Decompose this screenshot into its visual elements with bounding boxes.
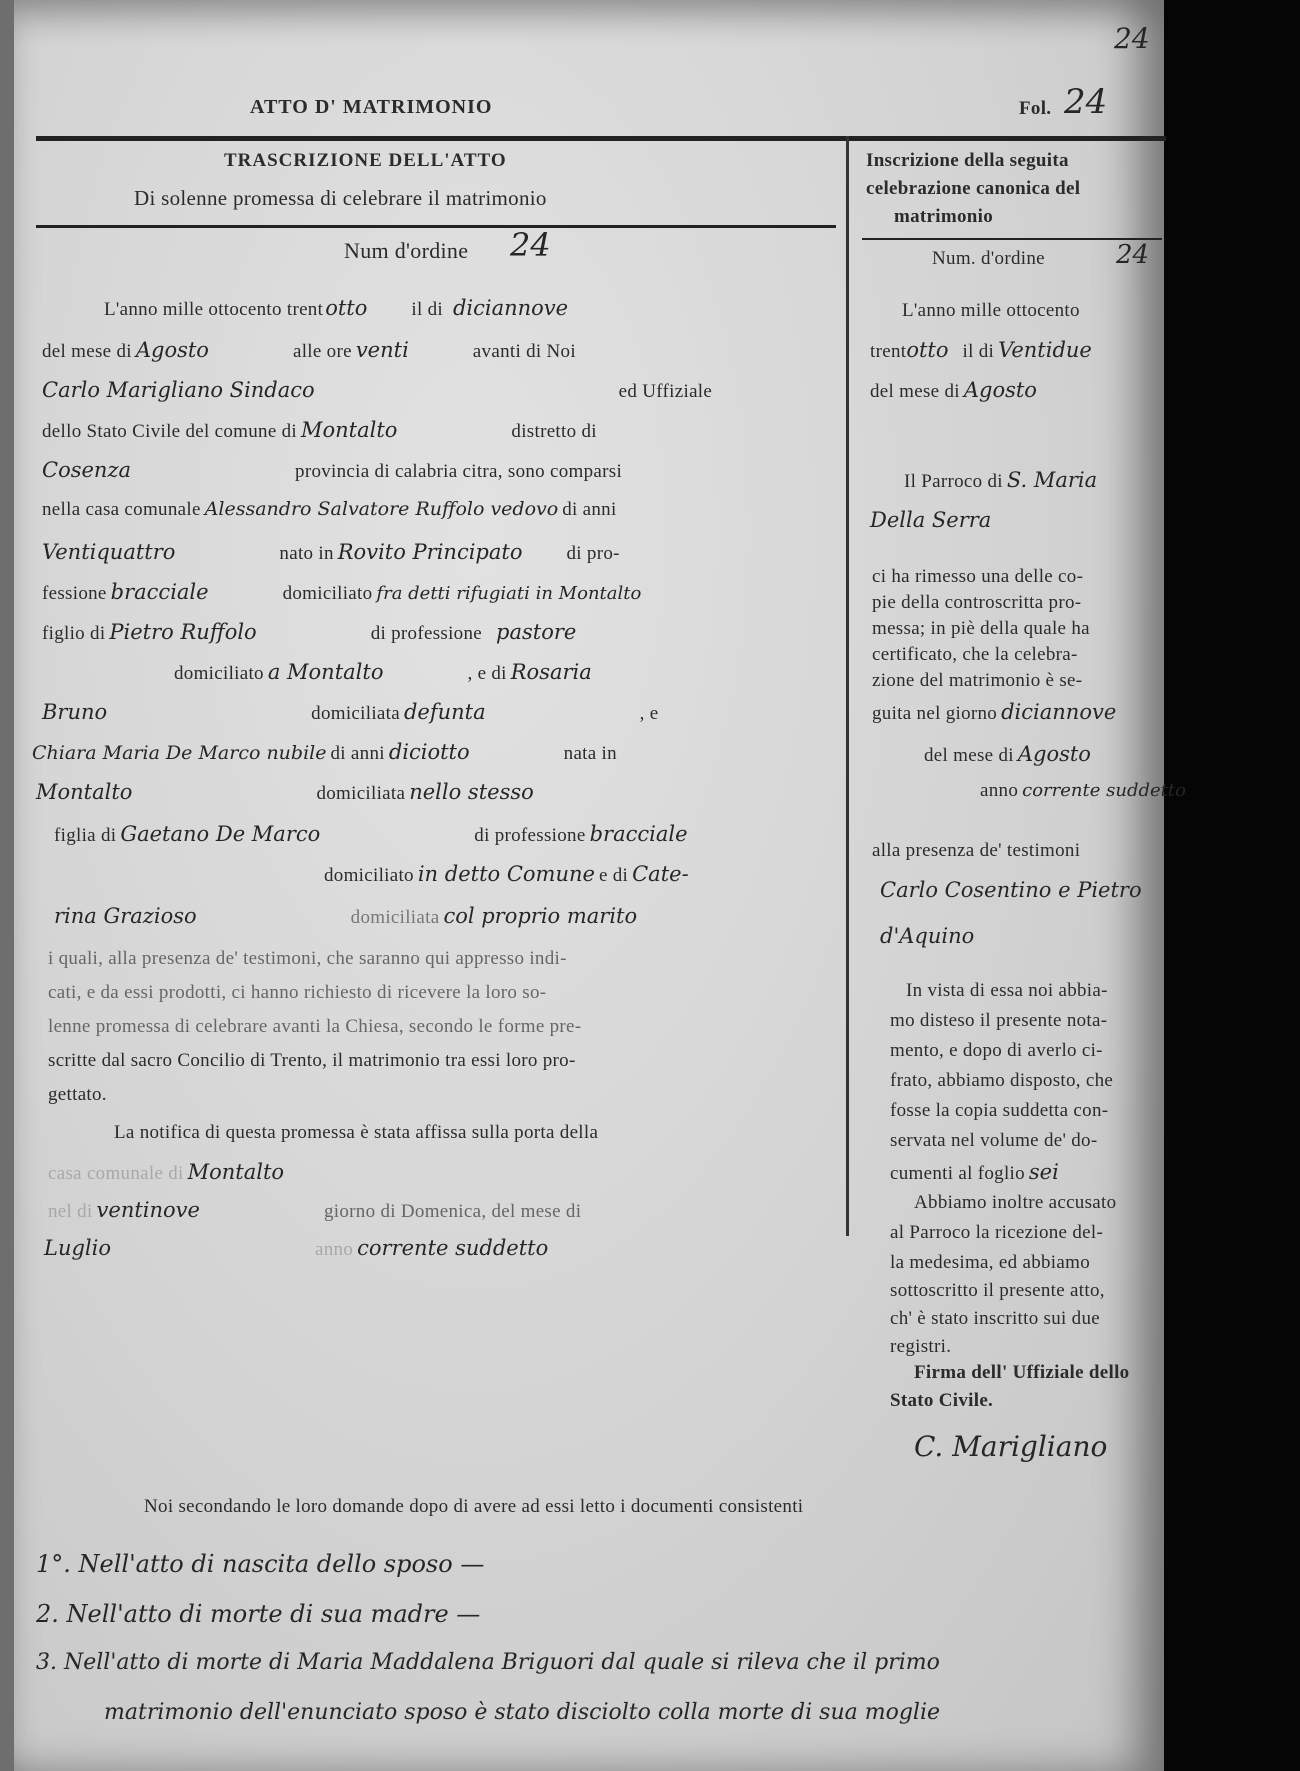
form-line-hand: col proprio marito [443,904,637,928]
form-line-hand: otto [325,296,367,320]
form-line: nella casa comunale Alessandro Salvatore… [42,498,617,521]
right-title-line: Inscrizione della seguita [866,150,1069,172]
paragraph-line: i quali, alla presenza de' testimoni, ch… [48,948,567,970]
form-line: fessione bracciale domiciliato fra detti… [42,580,641,605]
parroco-label: Il Parroco di [904,471,1003,492]
form-line-hand: rina Grazioso [54,904,197,928]
closing-line: mento, e dopo di averlo ci- [890,1040,1103,1062]
header-rule [36,136,1166,141]
form-line-hand: Agosto [136,338,209,362]
form-line-print: avanti di Noi [473,341,576,362]
form-line-hand: Ventiquattro [42,540,175,564]
closing-line: fosse la copia suddetta con- [890,1100,1108,1122]
form-line-print: figlio di [42,623,105,644]
form-line-print: di professione [371,623,482,644]
form-line-print: figlia di [54,825,116,846]
form-line-hand: Rosaria [511,660,592,684]
form-line-print: domiciliato [283,583,373,604]
form-line: domiciliato in detto Comune e di Cate- [74,862,689,887]
form-line-print: del mese di [42,341,132,362]
closing-line: registri. [890,1336,951,1358]
notice-line: La notifica di questa promessa è stata a… [114,1122,598,1144]
closing-line: Abbiamo inoltre accusato [914,1192,1116,1214]
right-title-line: matrimonio [894,206,993,228]
closing-line: servata nel volume de' do- [890,1130,1098,1152]
document-item: matrimonio dell'enunciato sposo è stato … [104,1700,940,1725]
form-line-print: domiciliato [174,663,264,684]
form-line-print: domiciliata [351,907,440,928]
year-label: anno [980,780,1018,801]
order-number: 24 [510,226,551,264]
right-order-number: 24 [1116,240,1149,270]
year-hand: corrente suddetto [1022,780,1186,801]
form-line-hand: defunta [404,700,486,724]
form-line: rina Grazioso domiciliata col proprio ma… [54,904,637,929]
closing-line: mo disteso il presente nota- [890,1010,1107,1032]
form-line-print: L'anno mille ottocento trent [104,299,323,320]
right-form-line: del mese di Agosto [870,378,1037,403]
closing-print: cumenti al foglio [890,1163,1025,1184]
signature-label-2: Stato Civile. [890,1390,993,1412]
form-line-hand: fra detti rifugiati in Montalto [376,583,641,604]
closing-line: ch' è stato inscritto sui due [890,1308,1100,1330]
form-line-hand: Bruno [42,700,107,724]
form-line-print: il di [411,299,443,320]
form-line: del mese di Agosto alle ore venti avanti… [42,338,576,363]
right-print: del mese di [870,381,960,402]
month-hand: Agosto [1018,742,1091,766]
witnesses-hand-2: d'Aquino [880,924,974,948]
form-line-print: dello Stato Civile del comune di [42,421,297,442]
order-label: Num d'ordine [344,238,468,264]
notice-print: giorno di Domenica, del mese di [324,1201,581,1222]
form-line-hand: Gaetano De Marco [120,822,320,846]
form-line-hand: Montalto [36,780,132,804]
parroco-hand: S. Maria [1007,468,1097,492]
right-title-line: celebrazione canonica del [866,178,1080,200]
folio-number: 24 [1064,82,1107,122]
witnesses-hand: Carlo Cosentino e Pietro [880,878,1142,902]
form-line: L'anno mille ottocento trentotto il di d… [104,296,568,321]
notice-hand: ventinove [97,1198,200,1222]
form-line-hand: Chiara Maria De Marco nubile [32,742,326,764]
form-line-hand: Cosenza [42,458,131,482]
paragraph-line: lenne promessa di celebrare avanti la Ch… [48,1016,581,1038]
certificate-line: certificato, che la celebra- [872,644,1078,666]
right-form-line: L'anno mille ottocento [902,300,1080,322]
form-line-print: domiciliato [324,865,414,886]
notice-hand: corrente suddetto [357,1236,548,1260]
section-subtitle: Di solenne promessa di celebrare il matr… [134,186,547,211]
form-line-print: domiciliata [316,783,405,804]
form-line-print: , e di [467,663,506,684]
form-line-hand: Cate- [632,862,689,886]
form-line: figlia di Gaetano De Marco di profession… [54,822,688,847]
certificate-print: guita nel giorno [872,703,997,724]
form-line-hand: nello stesso [409,780,534,804]
closing-line: cumenti al foglio sei [890,1160,1059,1185]
closing-line: al Parroco la ricezione del- [890,1222,1103,1244]
column-divider [846,136,849,1236]
form-line-print: distretto di [511,421,596,442]
form-line-print: di anni [562,499,616,520]
parroco-line: Il Parroco di S. Maria [904,468,1097,493]
signature-label: Firma dell' Uffiziale dello [914,1362,1129,1384]
certificate-line: zione del matrimonio è se- [872,670,1082,692]
right-form-line: trentotto il di Ventidue [870,338,1092,363]
form-line-print: alle ore [293,341,352,362]
folio-hand: sei [1029,1160,1059,1184]
form-line-print: di pro- [566,543,619,564]
notice-hand: Luglio [44,1236,111,1260]
form-line: Bruno domiciliata defunta , e [42,700,658,725]
form-line-print: nella casa comunale [42,499,201,520]
folio-label: Fol. [1019,98,1051,120]
right-hand: Agosto [964,378,1037,402]
certificate-day-hand: diciannove [1001,700,1116,724]
certificate-line: pie della controscritta pro- [872,592,1081,614]
form-line-hand: Carlo Marigliano Sindaco [42,378,315,402]
closing-line: frato, abbiamo disposto, che [890,1070,1113,1092]
form-line-hand: Montalto [301,418,397,442]
right-print: trent [870,341,906,362]
right-hand: otto [906,338,948,362]
form-line-print: di professione [474,825,585,846]
section-title: TRASCRIZIONE DELL'ATTO [224,150,507,172]
notice-print: nel di [48,1201,93,1222]
form-line-hand: in detto Comune [418,862,595,886]
form-line: Chiara Maria De Marco nubile di anni dic… [32,740,617,765]
month-label: del mese di [924,745,1014,766]
form-line-print: provincia di calabria citra, sono compar… [295,461,622,482]
form-line: domiciliato a Montalto , e di Rosaria [74,660,592,685]
paragraph-line: scritte dal sacro Concilio di Trento, il… [48,1050,576,1072]
notice-print: anno [315,1239,353,1260]
document-item: 3. Nell'atto di morte di Maria Maddalena… [36,1650,940,1675]
right-order-label: Num. d'ordine [932,248,1045,270]
form-line-hand: diciannove [453,296,568,320]
closing-line: sottoscritto il presente atto, [890,1280,1105,1302]
form-line: Carlo Marigliano Sindaco ed Uffiziale [42,378,712,403]
form-line-print: nata in [564,743,617,764]
form-line-print: ed Uffiziale [619,381,712,402]
paragraph-line: gettato. [48,1084,107,1106]
closing-line: la medesima, ed abbiamo [890,1252,1090,1274]
form-line-hand: pastore [496,620,576,644]
form-line-print: di anni [330,743,384,764]
form-line-hand: Rovito Principato [338,540,523,564]
corner-number: 24 [1114,22,1150,55]
year-line: anno corrente suddetto [980,780,1186,802]
notice-line: nel di ventinove giorno di Domenica, del… [48,1198,581,1223]
notice-line: casa comunale di Montalto [48,1160,284,1185]
notice-hand: Montalto [188,1160,284,1184]
certificate-line: messa; in piè della quale ha [872,618,1090,640]
form-line-hand: Alessandro Salvatore Ruffolo vedovo [205,498,559,520]
form-line-hand: diciotto [389,740,470,764]
document-item: 2. Nell'atto di morte di sua madre — [36,1600,480,1628]
notice-line: Luglio anno corrente suddetto [44,1236,548,1261]
form-line: figlio di Pietro Ruffolo di professione … [42,620,576,645]
form-line-print: fessione [42,583,107,604]
form-line-print: , e [640,703,659,724]
form-line-hand: Pietro Ruffolo [109,620,256,644]
parroco-hand-2: Della Serra [870,508,991,532]
bottom-intro: Noi secondando le loro domande dopo di a… [144,1496,803,1518]
document-page: 24 ATTO D' MATRIMONIO Fol. 24 TRASCRIZIO… [14,0,1164,1771]
form-line-print: nato in [279,543,333,564]
closing-line: In vista di essa noi abbia- [906,980,1108,1002]
subtitle-rule [36,225,836,228]
form-line-hand: bracciale [111,580,209,604]
form-line: Ventiquattro nato in Rovito Principato d… [42,540,620,565]
signature: C. Marigliano [914,1430,1107,1463]
paragraph-line: cati, e da essi prodotti, ci hanno richi… [48,982,546,1004]
document-item: 1°. Nell'atto di nascita dello sposo — [36,1550,484,1578]
scan-edge [0,0,14,1771]
certificate-line: guita nel giorno diciannove [872,700,1116,725]
certificate-line: ci ha rimesso una delle co- [872,566,1083,588]
month-line: del mese di Agosto [924,742,1091,767]
notice-print: casa comunale di [48,1163,184,1184]
form-line-hand: venti [356,338,409,362]
witness-label: alla presenza de' testimoni [872,840,1080,862]
form-line: Cosenza provincia di calabria citra, son… [42,458,622,483]
right-print: il di [963,341,995,362]
form-line-hand: bracciale [590,822,688,846]
right-hand: Ventidue [998,338,1092,362]
form-line-print: e di [599,865,628,886]
form-line: dello Stato Civile del comune di Montalt… [42,418,597,443]
page-title: ATTO D' MATRIMONIO [250,96,492,119]
form-line: Montalto domiciliata nello stesso [36,780,534,805]
form-line-hand: a Montalto [268,660,384,684]
form-line-print: domiciliata [311,703,400,724]
